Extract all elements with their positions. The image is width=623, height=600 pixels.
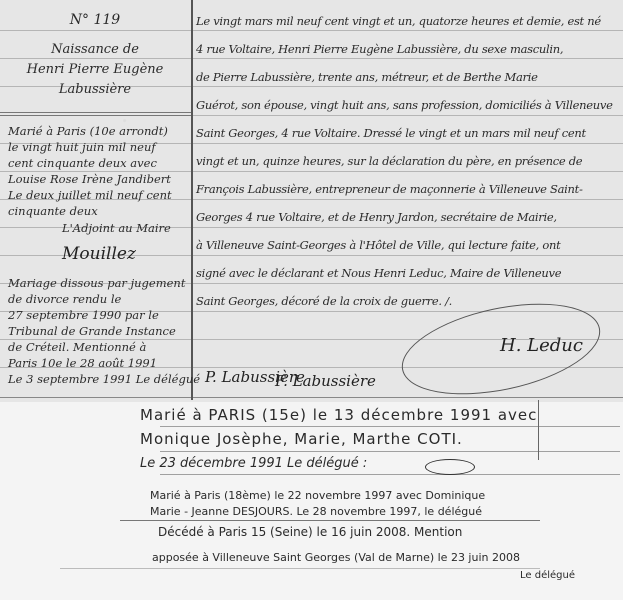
act-body-line: à Villeneuve Saint-Georges à l'Hôtel de … [196,238,560,252]
margin-title-divider [0,115,191,116]
death-mention-line: Décédé à Paris 15 (Seine) le 16 juin 200… [158,525,462,539]
margin-title-line: Henri Pierre Eugène [10,62,180,77]
act-body-line: 4 rue Voltaire, Henri Pierre Eugène Labu… [196,42,563,56]
act-body-line: vingt et un, quinze heures, sur la décla… [196,154,582,168]
death-mention-line: apposée à Villeneuve Saint Georges (Val … [152,551,520,564]
ruled-line [0,58,623,59]
margin-title-line: Naissance de [10,42,180,57]
ruled-line [0,397,623,398]
margin-divorce-line: Paris 10e le 28 août 1991 [8,356,157,370]
registry-page: N° 119 Naissance de Henri Pierre Eugène … [0,0,623,600]
ruled-line [0,30,623,31]
act-body-line: Saint Georges, décoré de la croix de gue… [196,294,452,308]
act-body-line: Saint Georges, 4 rue Voltaire. Dressé le… [196,126,586,140]
margin-title-divider [0,112,191,113]
ruled-line [160,474,620,475]
ruled-line [120,520,540,521]
margin-divorce-line: de Créteil. Mentionné à [8,340,146,354]
ruled-line [160,451,620,452]
act-body-line: de Pierre Labussière, trente ans, métreu… [196,70,538,84]
act-body-line: Le vingt mars mil neuf cent vingt et un,… [196,14,601,28]
act-body-line: Guérot, son épouse, vingt huit ans, sans… [196,98,613,112]
margin-marriage-line: Le deux juillet mil neuf cent [8,188,172,202]
margin-title-line: Labussière [10,82,180,97]
ruled-line [60,568,540,569]
act-body-line: Georges 4 rue Voltaire, et de Henry Jard… [196,210,557,224]
margin-divorce-line: Le 3 septembre 1991 Le délégué [8,372,200,386]
margin-divider [191,0,193,400]
act-body-line: François Labussière, entrepreneur de maç… [196,182,583,196]
marriage-3-line: Marie - Jeanne DESJOURS. Le 28 novembre … [150,505,482,518]
marriage-2-line: Monique Josèphe, Marie, Marthe COTI. [140,430,463,448]
marriage-2-line: Marié à PARIS (15e) le 13 décembre 1991 … [140,406,537,424]
margin-divorce-line: Mariage dissous par jugement [8,276,185,290]
margin-divorce-line: de divorce rendu le [8,292,121,306]
death-delegate-label: Le délégué [520,570,575,581]
margin-marriage-line: Louise Rose Irène Jandibert [8,172,171,186]
margin-marriage-line: le vingt huit juin mil neuf [8,140,156,154]
act-number: N° 119 [10,12,180,28]
margin-marriage-line: Marié à Paris (10e arrondt) [8,124,168,138]
delegate-stamp [425,459,475,475]
margin-divorce-line: Tribunal de Grande Instance [8,324,176,338]
witness-signature: F. Labussière [275,372,376,390]
ruled-line [160,426,620,427]
marriage-3-line: Marié à Paris (18ème) le 22 novembre 199… [150,489,485,502]
adjoint-signature: Mouillez [62,244,136,264]
margin-marriage-line: cent cinquante deux avec [8,156,157,170]
margin-adjoint-label: L'Adjoint au Maire [62,221,171,235]
margin-marriage-line: cinquante deux [8,204,98,218]
marriage-2-line: Le 23 décembre 1991 Le délégué : [140,456,367,471]
act-body-line: signé avec le déclarant et Nous Henri Le… [196,266,561,280]
strip-edge [538,400,539,460]
margin-divorce-line: 27 septembre 1990 par le [8,308,159,322]
